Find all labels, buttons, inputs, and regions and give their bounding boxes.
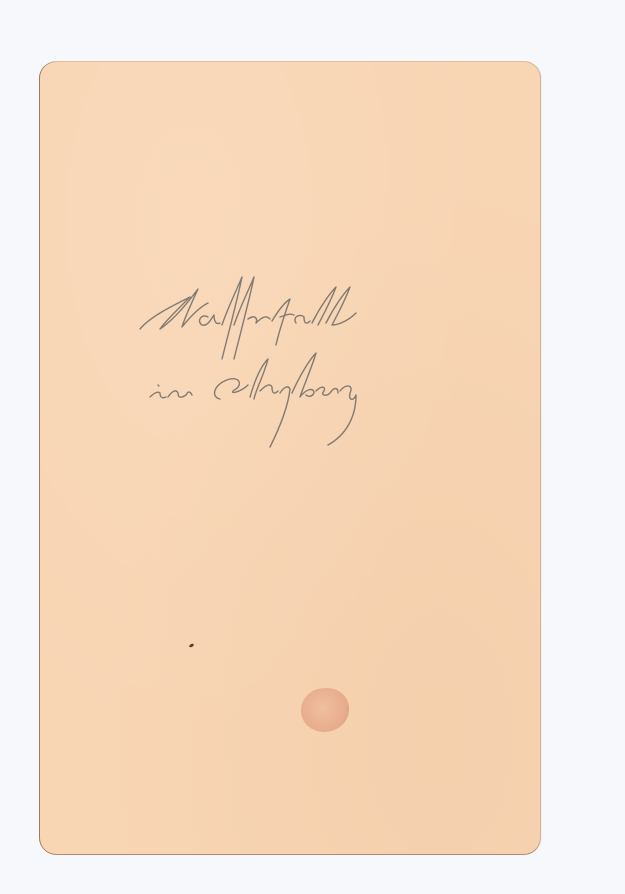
photo-card-back: Wasserfall in Triberg bbox=[40, 62, 540, 854]
handwritten-caption: Wasserfall in Triberg bbox=[130, 267, 430, 457]
handwriting-strokes bbox=[130, 267, 430, 457]
ink-speck bbox=[189, 643, 195, 648]
